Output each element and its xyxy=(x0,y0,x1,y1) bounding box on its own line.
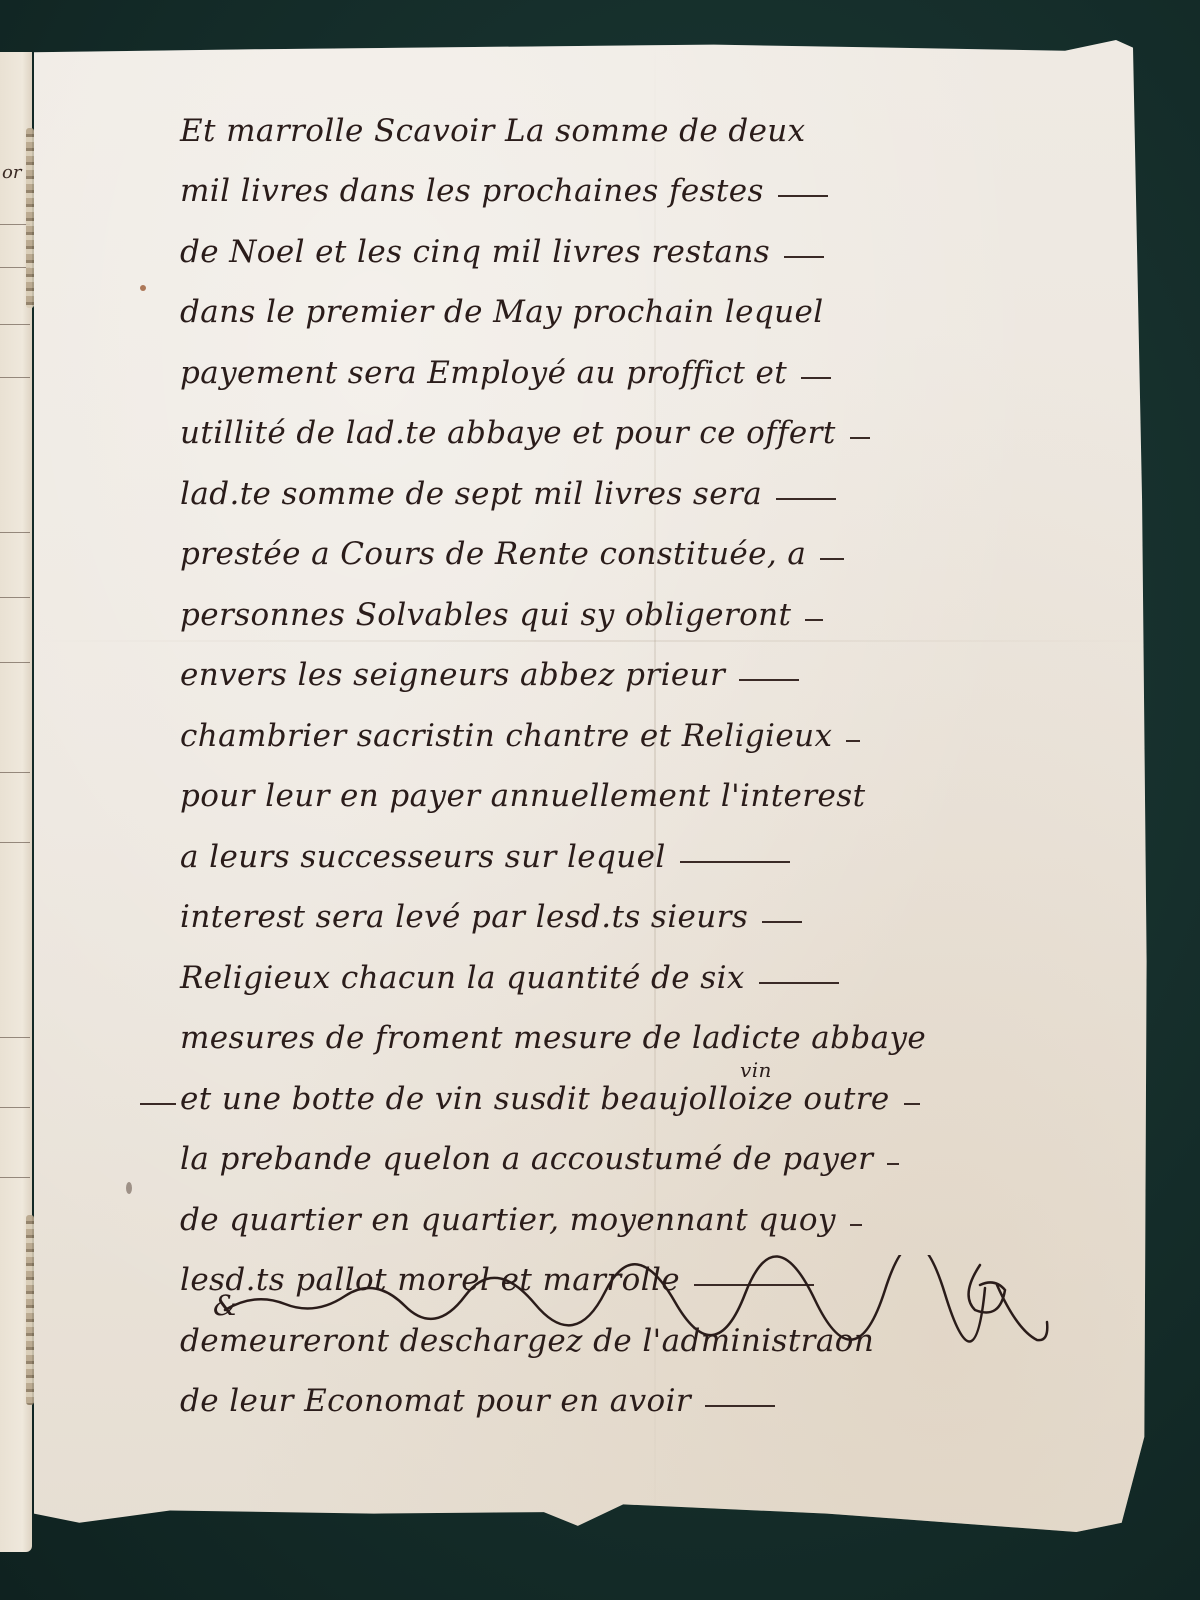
line-filler-dash xyxy=(805,619,823,621)
line-text: pour leur en payer annuellement l'intere… xyxy=(180,778,865,814)
text-line: a leurs successeurs sur lequel xyxy=(180,814,1100,875)
line-filler-dash xyxy=(801,377,831,379)
previous-page-rule xyxy=(0,842,30,843)
text-line: prestée a Cours de Rente constituée, a xyxy=(180,512,1100,573)
line-text: payement sera Employé au proffict et xyxy=(180,355,787,391)
line-text: chambrier sacristin chantre et Religieux xyxy=(180,718,832,754)
line-text: de leur Economat pour en avoir xyxy=(180,1383,691,1419)
line-filler-dash xyxy=(759,982,839,984)
text-line: la prebande quelon a accoustumé de payer xyxy=(180,1117,1100,1178)
line-filler-dash xyxy=(705,1405,775,1407)
text-line: mil livres dans les prochaines festes xyxy=(180,149,1100,210)
previous-page-rule xyxy=(0,1037,30,1038)
ink-stain xyxy=(140,285,146,291)
text-line: payement sera Employé au proffict et xyxy=(180,330,1100,391)
text-line: de leur Economat pour en avoir xyxy=(180,1359,1100,1420)
text-line: dans le premier de May prochain lequel xyxy=(180,270,1100,331)
line-text: la prebande quelon a accoustumé de payer xyxy=(180,1141,873,1177)
text-line: vin et une botte de vin susdit beaujollo… xyxy=(180,1056,1100,1117)
line-text: prestée a Cours de Rente constituée, a xyxy=(180,536,806,572)
text-line: envers les seigneurs abbez prieur xyxy=(180,633,1100,694)
line-filler-dash xyxy=(784,256,824,258)
line-filler-dash xyxy=(820,558,844,560)
line-text: interest sera levé par lesd.ts sieurs xyxy=(180,899,748,935)
closing-flourish-line: & xyxy=(185,1255,1065,1365)
line-text: mesures de froment mesure de ladicte abb… xyxy=(180,1020,926,1056)
line-filler-dash xyxy=(846,740,860,742)
line-text: personnes Solvables qui sy obligeront xyxy=(180,597,791,633)
line-filler-dash xyxy=(776,498,836,500)
text-line: chambrier sacristin chantre et Religieux xyxy=(180,693,1100,754)
line-text: de quartier en quartier, moyennant quoy xyxy=(180,1202,836,1238)
line-text: a leurs successeurs sur lequel xyxy=(180,839,666,875)
text-line: Religieux chacun la quantité de six xyxy=(180,935,1100,996)
paper-mark xyxy=(126,1182,132,1194)
interlinear-insertion: vin xyxy=(740,1058,772,1082)
handwritten-text-block: Et marrolle Scavoir La somme de deux mil… xyxy=(180,88,1100,1419)
previous-page-rule xyxy=(0,1107,30,1108)
photo-scene: or Et marrolle Scavoir La somme de deux … xyxy=(0,0,1200,1600)
line-text: lad.te somme de sept mil livres sera xyxy=(180,476,762,512)
line-text: Religieux chacun la quantité de six xyxy=(180,960,745,996)
previous-page-text-fragment: or xyxy=(2,162,21,183)
line-text: mil livres dans les prochaines festes xyxy=(180,173,764,209)
text-line: Et marrolle Scavoir La somme de deux xyxy=(180,88,1100,149)
previous-page-rule xyxy=(0,377,30,378)
text-line: personnes Solvables qui sy obligeront xyxy=(180,572,1100,633)
line-filler-dash xyxy=(850,1224,862,1226)
binding-thread xyxy=(26,128,34,308)
line-filler-dash xyxy=(850,437,870,439)
line-text: de Noel et les cinq mil livres restans xyxy=(180,234,770,270)
previous-page-rule xyxy=(0,597,30,598)
previous-page-rule xyxy=(0,532,30,533)
line-text: dans le premier de May prochain lequel xyxy=(180,294,824,330)
line-filler-dash xyxy=(778,195,828,197)
text-line: utillité de lad.te abbaye et pour ce off… xyxy=(180,391,1100,452)
line-text: et une botte de vin susdit beaujolloize … xyxy=(180,1081,890,1117)
line-text: envers les seigneurs abbez prieur xyxy=(180,657,725,693)
text-line: pour leur en payer annuellement l'intere… xyxy=(180,754,1100,815)
line-text: Et marrolle Scavoir La somme de deux xyxy=(180,113,806,149)
previous-page-rule xyxy=(0,1177,30,1178)
line-text: utillité de lad.te abbaye et pour ce off… xyxy=(180,415,836,451)
line-filler-dash xyxy=(739,679,799,681)
text-line: de Noel et les cinq mil livres restans xyxy=(180,209,1100,270)
margin-dash-mark xyxy=(140,1103,176,1105)
previous-page-rule xyxy=(0,772,30,773)
text-line: lad.te somme de sept mil livres sera xyxy=(180,451,1100,512)
previous-page-rule xyxy=(0,662,30,663)
signature-paraph-icon xyxy=(969,1265,1048,1340)
line-filler-dash xyxy=(887,1163,899,1165)
line-filler-dash xyxy=(762,921,802,923)
binding-thread xyxy=(26,1215,34,1405)
text-line: de quartier en quartier, moyennant quoy xyxy=(180,1177,1100,1238)
text-line: mesures de froment mesure de ladicte abb… xyxy=(180,996,1100,1057)
previous-page-rule xyxy=(0,324,30,325)
line-filler-dash xyxy=(680,861,790,863)
text-line: interest sera levé par lesd.ts sieurs xyxy=(180,875,1100,936)
line-filler-dash xyxy=(904,1103,920,1105)
